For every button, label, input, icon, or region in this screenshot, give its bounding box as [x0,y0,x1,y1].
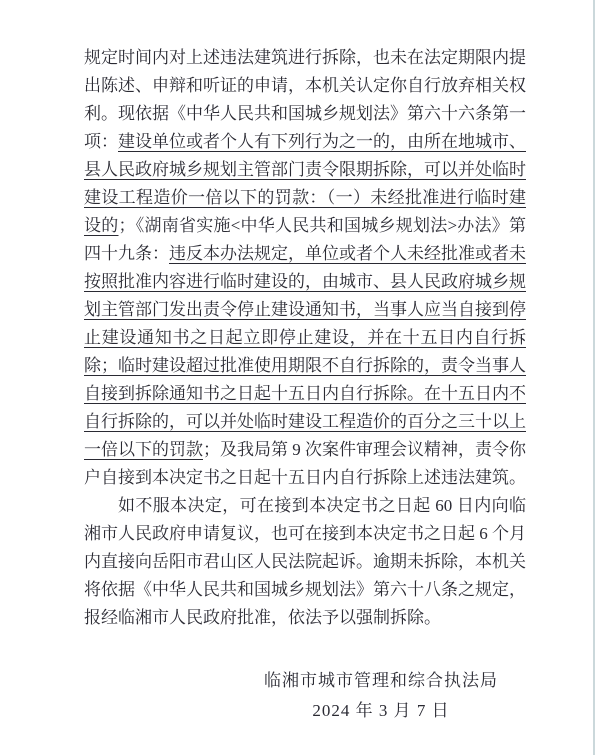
signature-block: 临湘市城市管理和综合执法局 2024 年 3 月 7 日 [264,666,498,726]
scan-page-edge-line [593,0,595,755]
issue-date: 2024 年 3 月 7 日 [264,696,498,726]
underlined-legal-citation: 违反本办法规定，单位或者个人未经批准或者未按照批准内容进行临时建设的，由城市、县… [84,244,526,459]
issuing-authority-name: 临湘市城市管理和综合执法局 [264,666,498,696]
paragraph-1: 规定时间内对上述违法建筑进行拆除，也未在法定期限内提出陈述、申辩和听证的申请，本… [84,44,526,492]
paragraph-2: 如不服本决定，可在接到本决定书之日起 60 日内向临湘市人民政府申请复议，也可在… [84,492,526,632]
document-body: 规定时间内对上述违法建筑进行拆除，也未在法定期限内提出陈述、申辩和听证的申请，本… [84,44,526,726]
document-page: 规定时间内对上述违法建筑进行拆除，也未在法定期限内提出陈述、申辩和听证的申请，本… [0,0,599,755]
